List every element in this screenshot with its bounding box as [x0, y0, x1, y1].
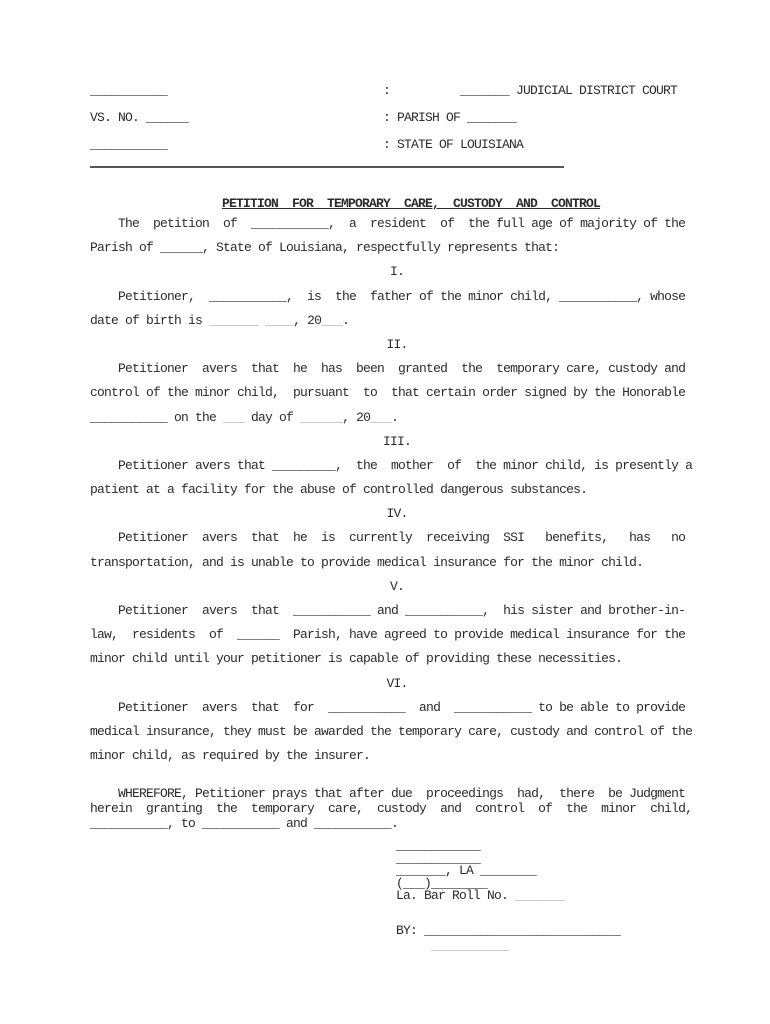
document-line: ___________ on the ___ day of ______, 20… [90, 406, 704, 430]
text-segment: ___________ on the [90, 410, 223, 425]
text-segment: I. [390, 264, 404, 279]
text-segment: Petitioner, ___________, is the father o… [90, 289, 685, 304]
document-line: Petitioner avers that ___________ and __… [90, 599, 704, 623]
document-line: date of birth is _______ ____, 20___. [90, 309, 704, 333]
text-segment: . [391, 410, 398, 425]
caption-row: VS. NO. ______: PARISH OF _______ [90, 104, 704, 131]
document-line: Petitioner avers that he is currently re… [90, 526, 704, 550]
caption-separator-line [90, 166, 564, 168]
document-line: The petition of ___________, a resident … [90, 212, 704, 236]
document-line: III. [90, 430, 704, 454]
text-segment: medical insurance, they must be awarded … [90, 724, 692, 739]
form-field-blank[interactable]: ___ [370, 410, 391, 425]
text-segment: , 20 [293, 313, 321, 328]
document-line: IV. [90, 502, 704, 526]
document-title: PETITION FOR TEMPORARY CARE, CUSTODY AND… [222, 196, 600, 211]
text-segment: date of birth is [90, 313, 209, 328]
text-segment: law, residents of ______ Parish, have ag… [90, 627, 685, 642]
document-line: herein granting the temporary care, cust… [90, 801, 704, 816]
text-segment: La. Bar Roll No. [396, 888, 515, 903]
document-line: Petitioner, ___________, is the father o… [90, 285, 704, 309]
attorney-address-block: _______________________________, LA ____… [396, 840, 704, 903]
text-segment: WHEREFORE, Petitioner prays that after d… [90, 786, 685, 801]
caption-left-text: VS. NO. ______ [90, 104, 188, 131]
document-title-row: PETITION FOR TEMPORARY CARE, CUSTODY AND… [90, 174, 704, 194]
form-field-blank[interactable]: ___ [321, 313, 342, 328]
text-segment: herein granting the temporary care, cust… [90, 801, 692, 816]
text-segment: Petitioner avers that _________, the mot… [90, 458, 692, 473]
form-field-blank[interactable]: _______ [209, 313, 258, 328]
form-field-blank[interactable]: ______ [300, 410, 342, 425]
text-segment: patient at a facility for the abuse of c… [90, 482, 587, 497]
case-caption: ___________: _______ JUDICIAL DISTRICT C… [90, 77, 704, 158]
caption-row: ___________: STATE OF LOUISIANA [90, 131, 704, 158]
text-segment: Petitioner avers that he has been grante… [90, 361, 685, 376]
document-line: Parish of ______, State of Louisiana, re… [90, 236, 704, 260]
text-segment: control of the minor child, pursuant to … [90, 385, 685, 400]
document-line: transportation, and is unable to provide… [90, 551, 704, 575]
document-line: law, residents of ______ Parish, have ag… [90, 623, 704, 647]
text-segment: III. [383, 434, 411, 449]
text-segment: minor child until your petitioner is cap… [90, 651, 622, 666]
document-line: BY: ____________________________ [396, 923, 704, 938]
text-segment [258, 313, 265, 328]
text-segment: V. [390, 579, 404, 594]
by-signature-block: BY: ____________________________ _______… [396, 923, 704, 953]
document-line: I. [90, 260, 704, 284]
text-segment: . [342, 313, 349, 328]
text-segment: IV. [386, 506, 407, 521]
form-field-blank[interactable]: _______ [515, 888, 564, 903]
form-field-blank[interactable]: ___________ [431, 938, 508, 953]
text-segment: Petitioner avers that he is currently re… [90, 530, 685, 545]
legal-document-page: ___________: _______ JUDICIAL DISTRICT C… [90, 77, 704, 953]
caption-right-text: : STATE OF LOUISIANA [383, 131, 523, 158]
document-line: Petitioner avers that _________, the mot… [90, 454, 704, 478]
text-segment: ___________, to ___________ and ________… [90, 816, 398, 831]
text-segment: II. [386, 337, 407, 352]
text-segment: minor child, as required by the insurer. [90, 748, 370, 763]
document-line: minor child, as required by the insurer. [90, 744, 704, 768]
document-line: Petitioner avers that he has been grante… [90, 357, 704, 381]
document-line: ___________ [396, 938, 704, 953]
document-line: II. [90, 333, 704, 357]
text-segment: transportation, and is unable to provide… [90, 555, 643, 570]
caption-row: ___________: _______ JUDICIAL DISTRICT C… [90, 77, 704, 104]
text-segment: The petition of ___________, a resident … [90, 216, 685, 231]
text-segment: Petitioner avers that for ___________ an… [90, 700, 685, 715]
wherefore-clause: WHEREFORE, Petitioner prays that after d… [90, 786, 704, 831]
document-line: VI. [90, 672, 704, 696]
text-segment [396, 938, 431, 953]
caption-right-text: : _______ JUDICIAL DISTRICT COURT [383, 77, 677, 104]
document-line: patient at a facility for the abuse of c… [90, 478, 704, 502]
document-line: V. [90, 575, 704, 599]
text-segment: , 20 [342, 410, 370, 425]
caption-right-text: : PARISH OF _______ [383, 104, 516, 131]
text-segment: Petitioner avers that ___________ and __… [90, 603, 685, 618]
document-line: ___________, to ___________ and ________… [90, 816, 704, 831]
caption-left-text: ___________ [90, 131, 167, 158]
document-line: minor child until your petitioner is cap… [90, 647, 704, 671]
text-segment: BY: ____________________________ [396, 923, 620, 938]
document-line: Petitioner avers that for ___________ an… [90, 696, 704, 720]
petition-body: The petition of ___________, a resident … [90, 212, 704, 768]
form-field-blank[interactable]: ___ [223, 410, 244, 425]
caption-left-text: ___________ [90, 77, 167, 104]
text-segment: Parish of ______, State of Louisiana, re… [90, 240, 559, 255]
document-line: La. Bar Roll No. _______ [396, 890, 704, 903]
document-line: WHEREFORE, Petitioner prays that after d… [90, 786, 704, 801]
text-segment: day of [244, 410, 300, 425]
document-line: control of the minor child, pursuant to … [90, 381, 704, 405]
document-line: medical insurance, they must be awarded … [90, 720, 704, 744]
text-segment: VI. [386, 676, 407, 691]
form-field-blank[interactable]: ____ [265, 313, 293, 328]
